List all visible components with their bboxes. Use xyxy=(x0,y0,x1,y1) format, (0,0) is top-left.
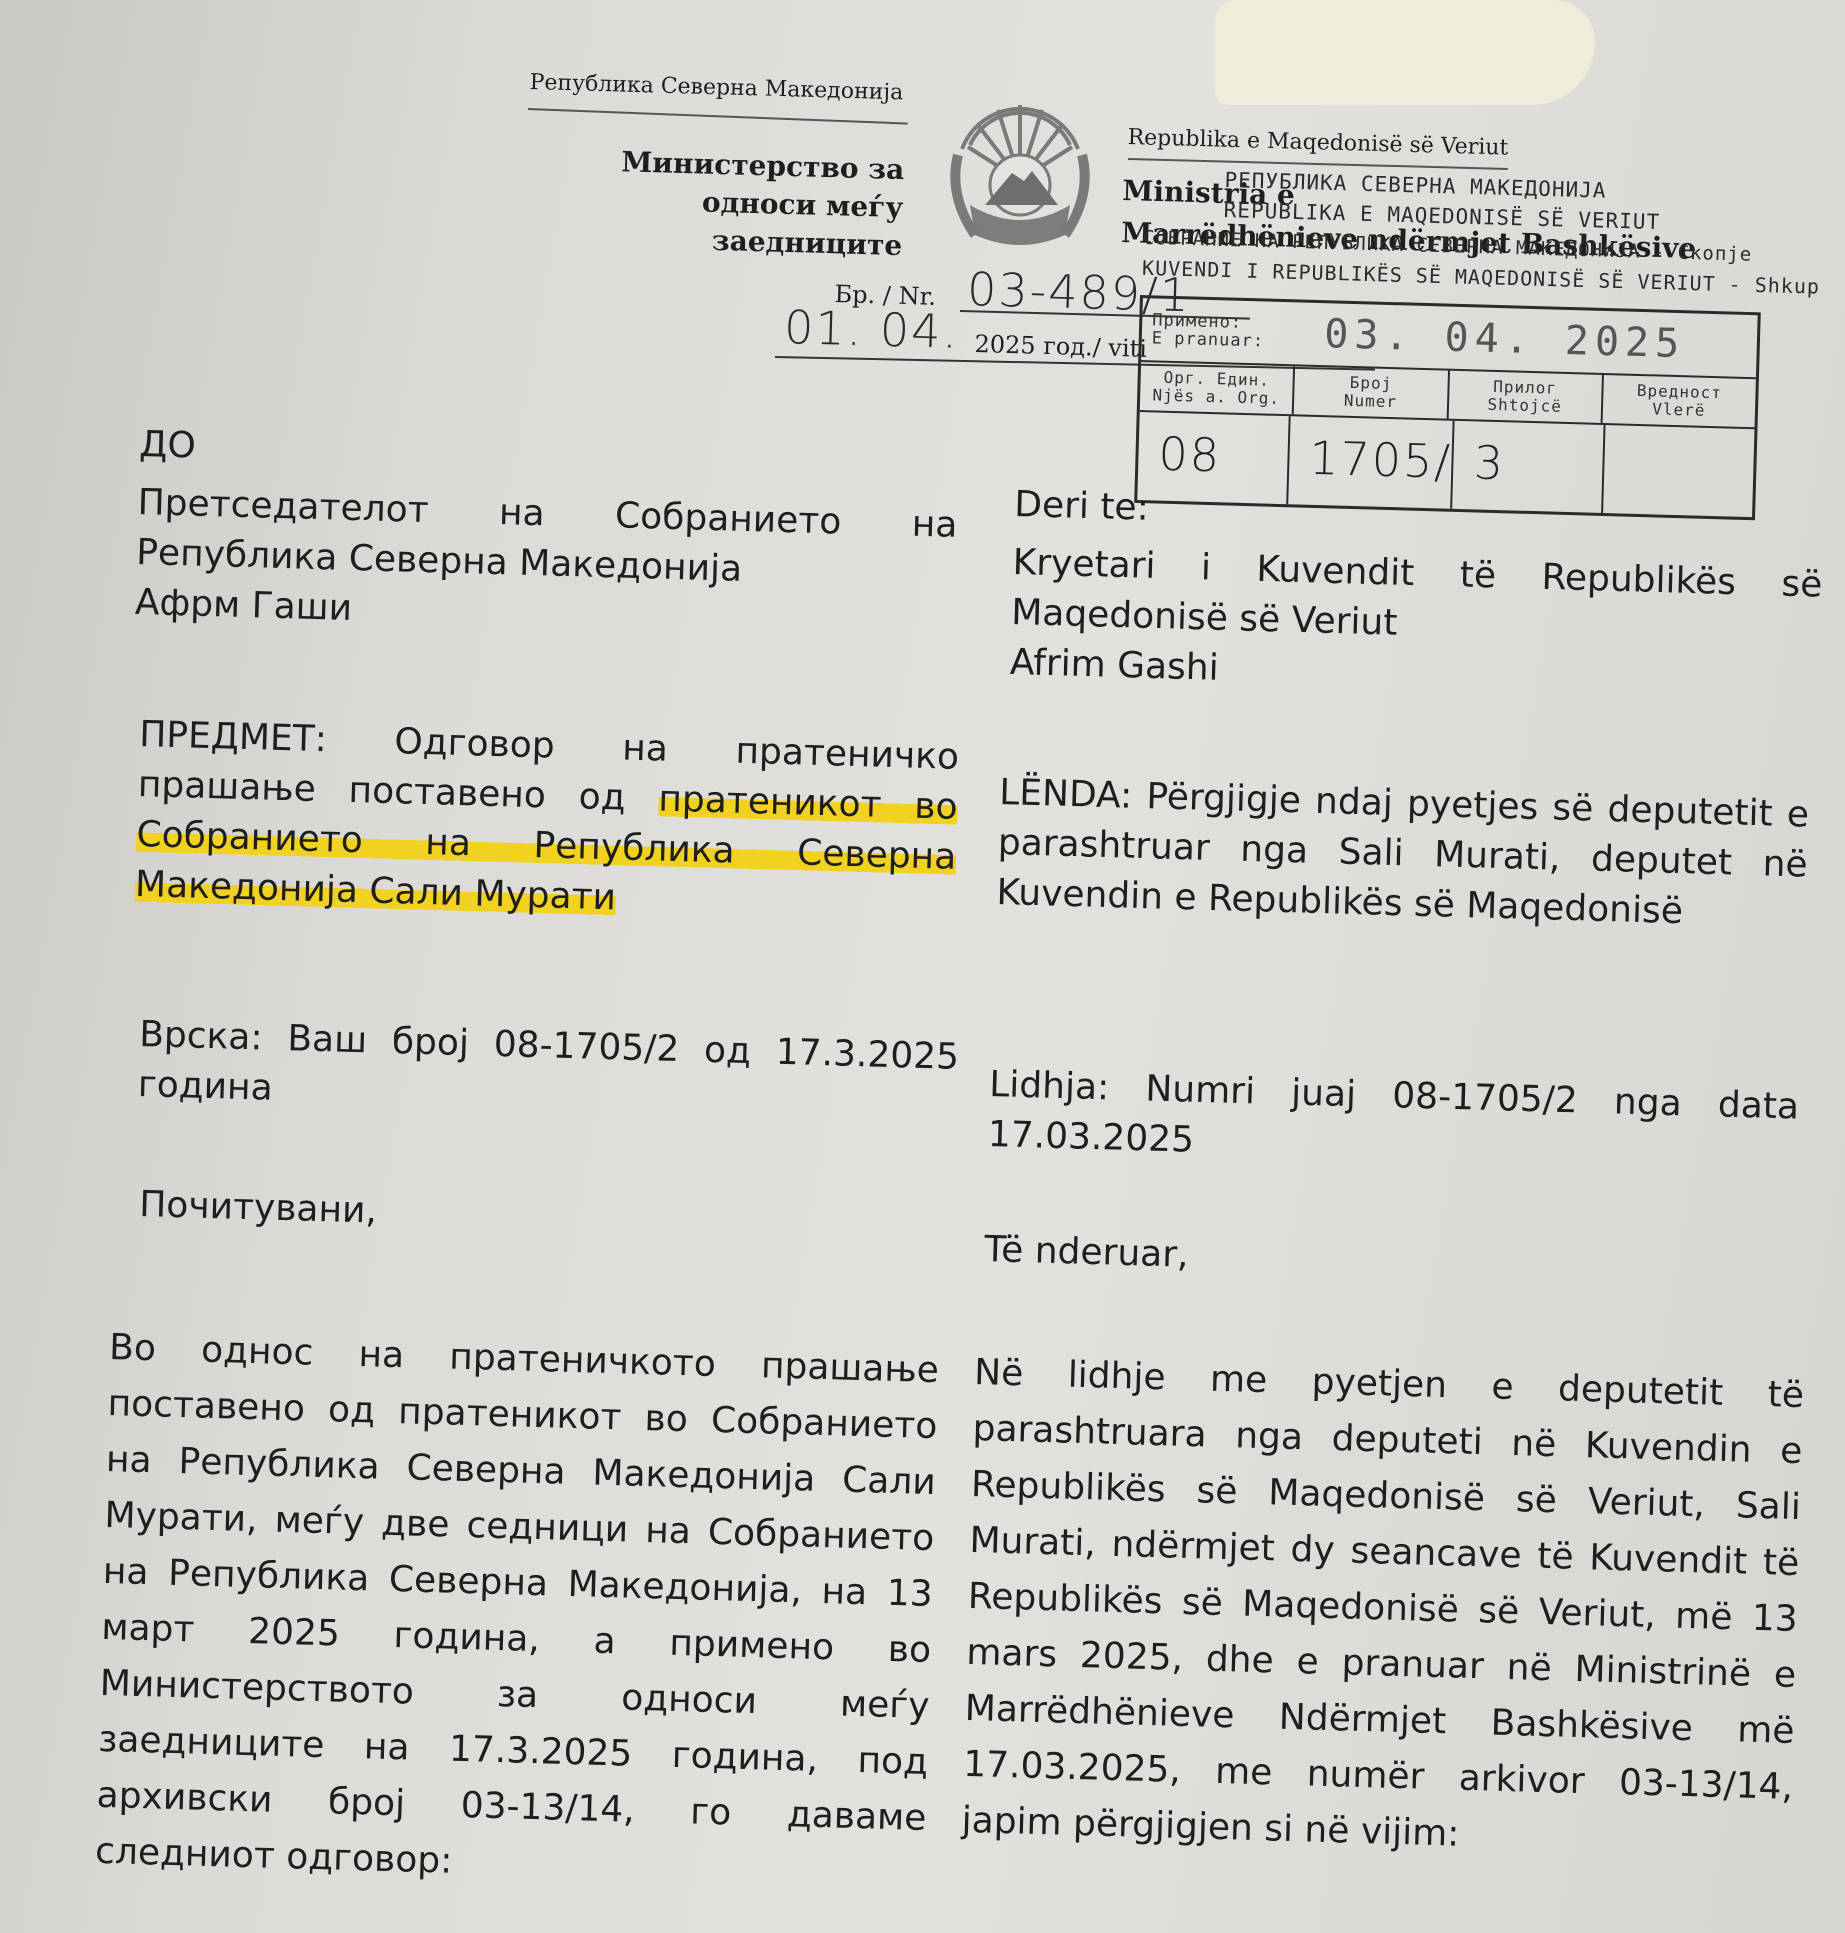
mk-subject: ПРЕДМЕТ: Одговор на пратеничко прашање п… xyxy=(134,710,959,933)
letterhead-ministry-mk: Министерство за односи меѓу заедниците xyxy=(502,140,905,265)
received-label: Примено: E pranuar: xyxy=(1152,311,1265,350)
reference-date-year: 2025 год./ viti xyxy=(974,330,1147,363)
correction-fluid-mark xyxy=(1215,0,1595,105)
al-recipient-block: Deri te: Kryetari i Kuvendit të Republik… xyxy=(1009,480,1824,711)
coat-of-arms-icon xyxy=(940,85,1100,255)
mk-recipient-block: ДО Претседателот на Собранието на Републ… xyxy=(134,420,959,651)
col-number: БројNumer xyxy=(1294,366,1450,418)
letterhead-country-al: Republika e Maqedonisë së Veriut xyxy=(1127,125,1508,161)
letterhead-country-mk: Република Северна Македонија xyxy=(529,70,903,105)
ministry-mk-line2: односи меѓу заедниците xyxy=(502,178,904,265)
receipt-stamp-header: РЕПУБЛИКА СЕВЕРНА МАКЕДОНИЈА REPUBLIKA E… xyxy=(1222,165,1823,302)
mk-body: Во однос на пратеничкото прашање поставе… xyxy=(94,1320,939,1903)
received-date: 03. 04. 2025 xyxy=(1324,311,1686,367)
received-label-al: E pranuar: xyxy=(1152,329,1265,350)
col-org-unit: Орг. Един.Njës a. Org. xyxy=(1140,362,1296,414)
col-attachment: ПрилогShtojcë xyxy=(1448,371,1604,423)
al-link: Lidhja: Numri juaj 08-1705/2 nga data 17… xyxy=(987,1060,1799,1183)
al-body: Në lidhje me pyetjen e deputetit të para… xyxy=(961,1345,1805,1872)
mk-subject-label: ПРЕДМЕТ: xyxy=(139,714,328,760)
mk-greeting: Почитувани, xyxy=(139,1180,960,1253)
letterhead-divider-left xyxy=(528,108,908,125)
al-subject: LËNDA: Përgjigje ndaj pyetjes së deputet… xyxy=(996,768,1810,941)
col-value: ВредностVlerë xyxy=(1602,375,1756,427)
al-greeting: Të nderuar, xyxy=(984,1225,1795,1298)
mk-link: Врска: Ваш број 08-1705/2 од 17.3.2025 г… xyxy=(137,1010,959,1133)
reference-date-handwritten: 01. 04. xyxy=(783,300,959,359)
